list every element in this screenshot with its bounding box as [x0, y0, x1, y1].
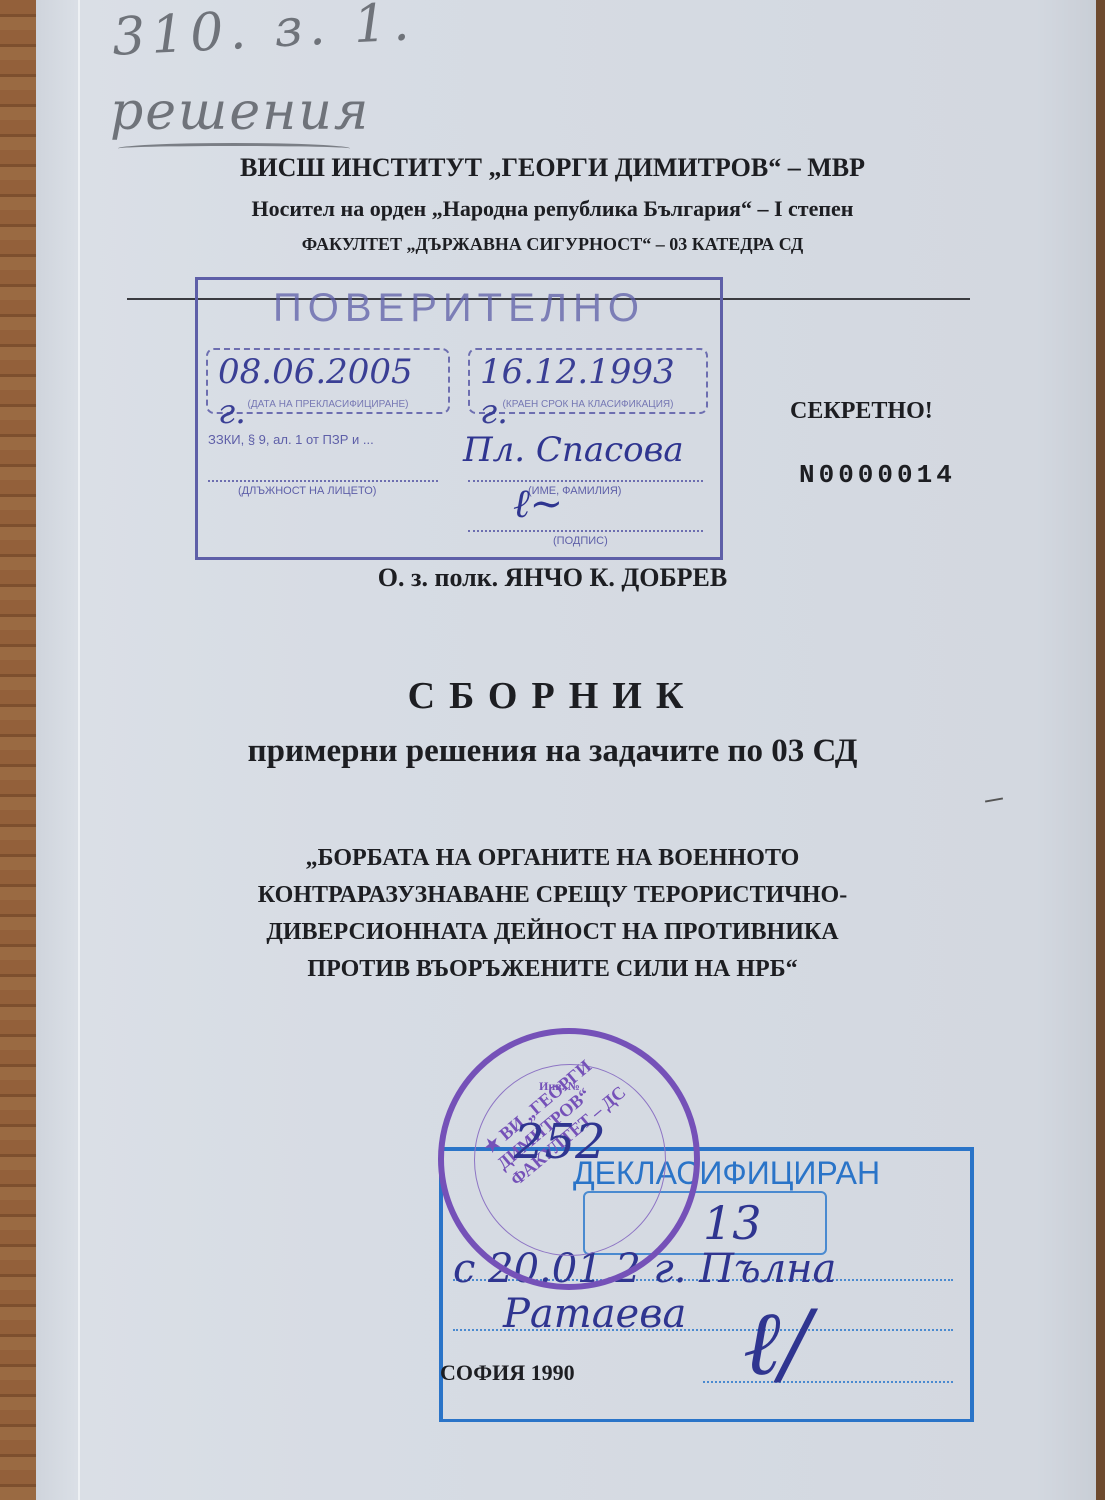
classification-deadline: 16.12.1993 г.	[480, 352, 706, 432]
handwritten-name: Пл. Спасова	[463, 430, 684, 470]
name-dotted-line	[468, 480, 703, 482]
author: О. з. полк. ЯНЧО К. ДОБРЕВ	[0, 563, 1105, 593]
reclassification-stamp: ПОВЕРИТЕЛНО 08.06.2005 г. (ДАТА НА ПРЕКЛ…	[195, 277, 723, 560]
classification-deadline-box: 16.12.1993 г. (КРАЕН СРОК НА КЛАСИФИКАЦИ…	[468, 348, 708, 414]
handwritten-surname: Ратаева	[503, 1291, 686, 1337]
position-label: (ДЛЪЖНОСТ НА ЛИЦЕТО)	[238, 485, 376, 497]
signature-dotted-line	[468, 530, 703, 532]
position-dotted-line	[208, 480, 438, 482]
signature-scribble: ℓ~	[513, 480, 563, 527]
handwritten-number: 13	[703, 1196, 762, 1250]
dotted-line	[703, 1381, 953, 1383]
institute-name: ВИСШ ИНСТИТУТ „ГЕОРГИ ДИМИТРОВ“ – МВР	[0, 153, 1105, 183]
reclassification-date-label: (ДАТА НА ПРЕКЛАСИФИЦИРАНЕ)	[208, 399, 448, 410]
theme-line: „БОРБАТА НА ОРГАНИТЕ НА ВОЕННОТО	[0, 840, 1105, 877]
seal-number: Инв. №	[539, 1079, 580, 1094]
subtitle: примерни решения на задачите по 03 СД	[0, 733, 1105, 770]
place-year: СОФИЯ 1990	[440, 1360, 575, 1386]
classification-level: СЕКРЕТНО!	[790, 398, 933, 425]
theme-line: КОНТРАРАЗУЗНАВАНЕ СРЕЩУ ТЕРОРИСТИЧНО-	[0, 877, 1105, 914]
order-line: Носител на орден „Народна република Бълг…	[0, 196, 1105, 222]
theme-line: ДИВЕРСИОННАТА ДЕЙНОСТ НА ПРОТИВНИКА	[0, 914, 1105, 951]
round-seal: ★ ВИ „ГЕОРГИ ДИМИТРОВ“ ФАКУЛТЕТ – ДС Инв…	[438, 1028, 700, 1290]
signature-scribble: ℓ/	[743, 1291, 811, 1396]
faculty-line: ФАКУЛТЕТ „ДЪРЖАВНА СИГУРНОСТ“ – 03 КАТЕД…	[0, 234, 1105, 255]
main-title: СБОРНИК	[0, 674, 1105, 718]
serial-number: N0000014	[799, 460, 956, 490]
stamp-title: ПОВЕРИТЕЛНО	[198, 286, 720, 331]
reclassification-date-box: 08.06.2005 г. (ДАТА НА ПРЕКЛАСИФИЦИРАНЕ)	[206, 348, 450, 414]
reclassification-date: 08.06.2005 г.	[218, 352, 448, 432]
legal-basis: ЗЗКИ, § 9, ал. 1 от ПЗР и ...	[208, 432, 374, 447]
handwritten-word: решения	[110, 82, 370, 142]
theme-block: „БОРБАТА НА ОРГАНИТЕ НА ВОЕННОТО КОНТРАР…	[0, 840, 1105, 988]
signature-label: (ПОДПИС)	[553, 535, 608, 547]
theme-line: ПРОТИВ ВЪОРЪЖЕНИТЕ СИЛИ НА НРБ“	[0, 951, 1105, 988]
seal-handwritten-number: 252	[514, 1114, 606, 1170]
classification-deadline-label: (КРАЕН СРОК НА КЛАСИФИКАЦИЯ)	[470, 399, 706, 410]
